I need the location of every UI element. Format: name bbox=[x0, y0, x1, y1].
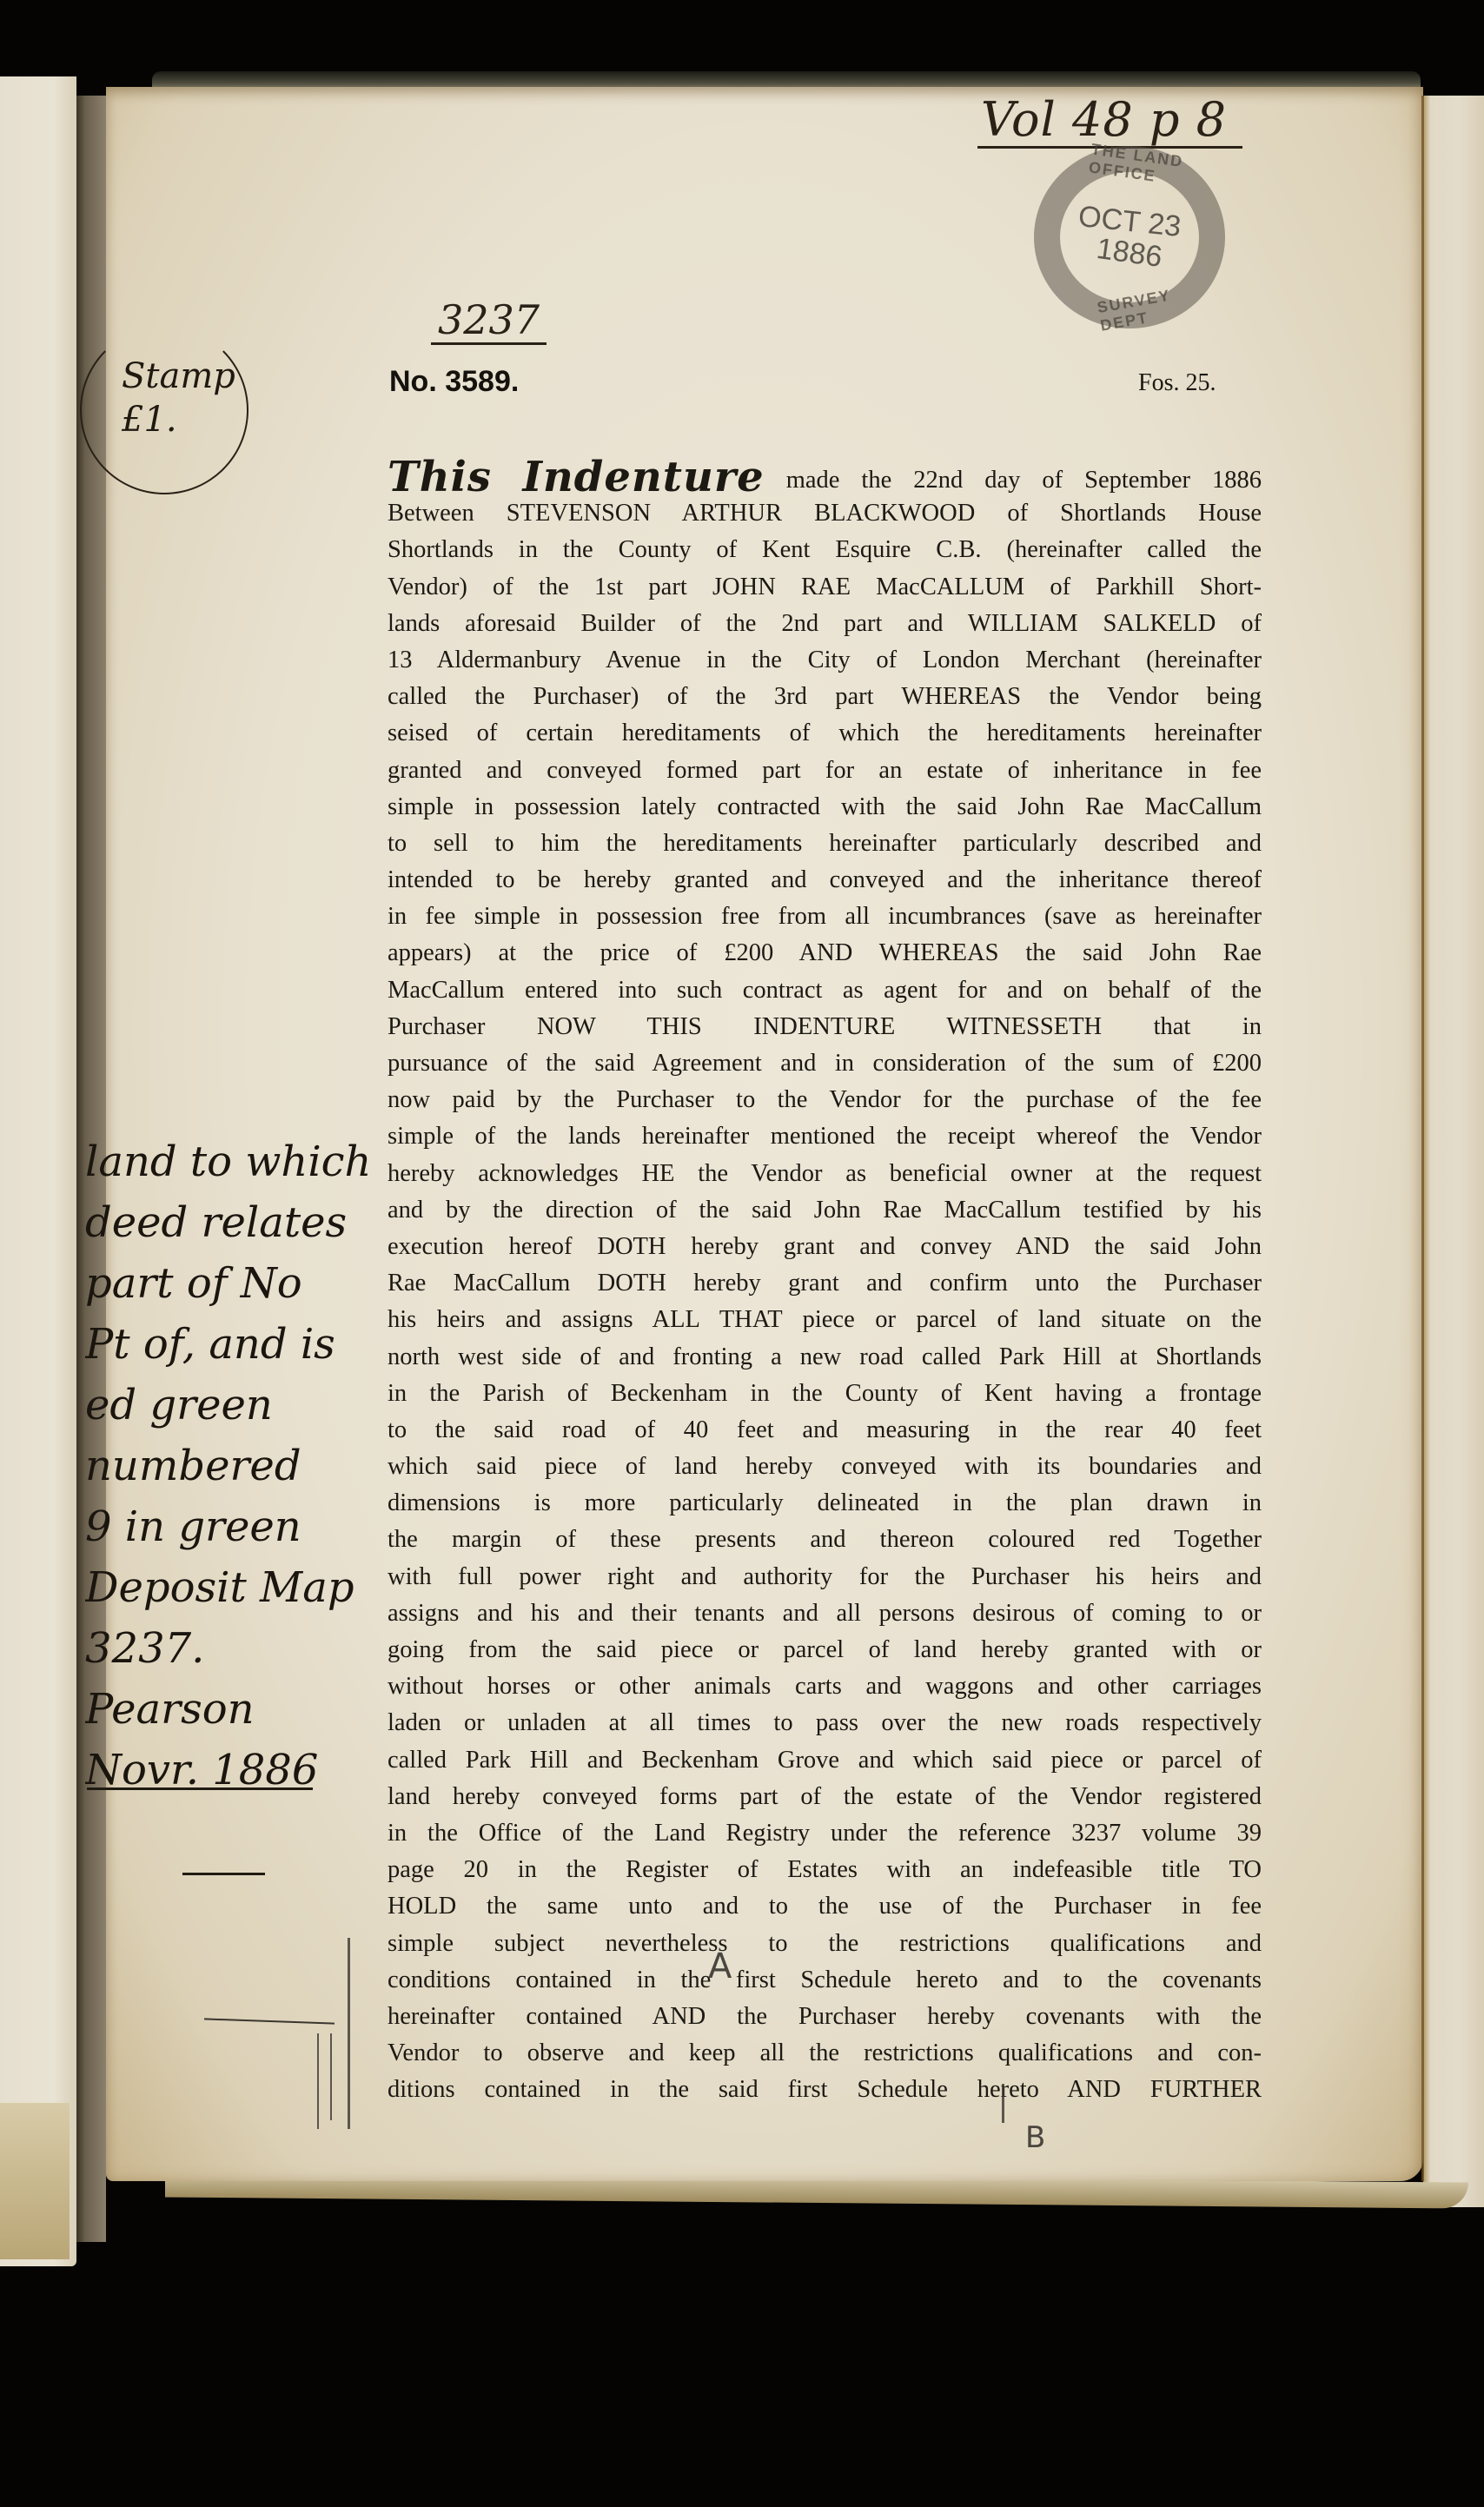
body-line: intended to be hereby granted and convey… bbox=[388, 862, 1262, 899]
folio-count: Fos. 25. bbox=[1138, 369, 1216, 397]
body-line: in the Office of the Land Registry under… bbox=[388, 1815, 1262, 1852]
margin-line: 9 in green bbox=[85, 1496, 381, 1557]
body-line: laden or unladen at all times to pass ov… bbox=[388, 1705, 1262, 1741]
body-line: Vendor to observe and keep all the restr… bbox=[388, 2035, 1262, 2072]
body-line: 13 Aldermanbury Avenue in the City of Lo… bbox=[388, 642, 1262, 679]
body-line: hereby acknowledges HE the Vendor as ben… bbox=[388, 1156, 1262, 1192]
margin-signature: Pearson bbox=[85, 1679, 381, 1740]
margin-line: land to which bbox=[85, 1131, 381, 1192]
pencil-margin-line bbox=[330, 2033, 332, 2120]
closing-rule bbox=[182, 1873, 265, 1875]
body-line-last: ditions contained in the said first Sche… bbox=[388, 2072, 1262, 2108]
body-line: land hereby conveyed forms part of the e… bbox=[388, 1779, 1262, 1815]
handwritten-volume-reference: Vol 48 p 8 bbox=[977, 94, 1242, 149]
land-office-date-stamp: THE LAND OFFICE OCT 23 1886 SURVEY DEPT bbox=[1034, 146, 1225, 328]
margin-annotation: land to which deed relates part of No Pt… bbox=[85, 1131, 381, 1801]
adjacent-left-page-edge bbox=[0, 2103, 70, 2259]
body-line: Rae MacCallum DOTH hereby grant and conf… bbox=[388, 1265, 1262, 1302]
body-line: lands aforesaid Builder of the 2nd part … bbox=[388, 606, 1262, 642]
body-line: granted and conveyed formed part for an … bbox=[388, 753, 1262, 789]
stamp-duty-note: Stamp £1. bbox=[122, 355, 235, 441]
margin-date: Novr. 1886 bbox=[85, 1740, 381, 1801]
stamp-duty-label: Stamp bbox=[122, 355, 235, 398]
body-line: Purchaser NOW THIS INDENTURE WITNESSETH … bbox=[388, 1009, 1262, 1045]
pencil-margin-line bbox=[348, 1938, 350, 2129]
body-line: page 20 in the Register of Estates with … bbox=[388, 1852, 1262, 1888]
body-line: appears) at the price of £200 AND WHEREA… bbox=[388, 935, 1262, 972]
pencil-bracket bbox=[1002, 2084, 1004, 2123]
body-line: Vendor) of the 1st part JOHN RAE MacCALL… bbox=[388, 569, 1262, 606]
body-line: Between STEVENSON ARTHUR BLACKWOOD of Sh… bbox=[388, 495, 1262, 532]
body-line: HOLD the same unto and to the use of the… bbox=[388, 1888, 1262, 1925]
body-line: called Park Hill and Beckenham Grove and… bbox=[388, 1742, 1262, 1779]
body-line: Shortlands in the County of Kent Esquire… bbox=[388, 532, 1262, 568]
body-line: pursuance of the said Agreement and in c… bbox=[388, 1045, 1262, 1082]
body-line: now paid by the Purchaser to the Vendor … bbox=[388, 1082, 1262, 1118]
margin-line: ed green bbox=[85, 1375, 381, 1436]
body-line: seised of certain hereditaments of which… bbox=[388, 715, 1262, 752]
margin-line: Pt of, and is bbox=[85, 1314, 381, 1375]
stamp-duty-amount: £1. bbox=[122, 398, 235, 441]
margin-line: Deposit Map bbox=[85, 1557, 381, 1618]
body-line: simple subject nevertheless to the restr… bbox=[388, 1926, 1262, 1962]
margin-line: 3237. bbox=[85, 1618, 381, 1679]
deed-body: This Indenture made the 22nd day of Sept… bbox=[388, 459, 1262, 2108]
indenture-title: This Indenture bbox=[388, 453, 765, 501]
body-line: his heirs and assigns ALL THAT piece or … bbox=[388, 1302, 1262, 1338]
body-line: dimensions is more particularly delineat… bbox=[388, 1485, 1262, 1522]
body-line: called the Purchaser) of the 3rd part WH… bbox=[388, 679, 1262, 715]
body-line: hereinafter contained AND the Purchaser … bbox=[388, 1999, 1262, 2035]
body-line: execution hereof DOTH hereby grant and c… bbox=[388, 1229, 1262, 1265]
body-line-first: This Indenture made the 22nd day of Sept… bbox=[388, 459, 1262, 495]
printed-document-number: No. 3589. bbox=[389, 365, 519, 399]
pencil-insertion-mark-a: A bbox=[708, 1947, 732, 1986]
next-page-edge bbox=[1423, 96, 1484, 2207]
body-line: simple in possession lately contracted w… bbox=[388, 789, 1262, 826]
page-right-stain-line bbox=[1421, 96, 1424, 2181]
stamp-year: 1886 bbox=[1095, 233, 1164, 273]
body-line: which said piece of land hereby conveyed… bbox=[388, 1449, 1262, 1485]
body-line: in fee simple in possession free from al… bbox=[388, 899, 1262, 935]
body-line: conditions contained in the first Schedu… bbox=[388, 1962, 1262, 1999]
body-line: to the said road of 40 feet and measurin… bbox=[388, 1412, 1262, 1449]
margin-line: numbered bbox=[85, 1436, 381, 1496]
body-line: going from the said piece or parcel of l… bbox=[388, 1632, 1262, 1668]
body-line: the margin of these presents and thereon… bbox=[388, 1522, 1262, 1558]
body-line: assigns and his and their tenants and al… bbox=[388, 1595, 1262, 1632]
body-line: without horses or other animals carts an… bbox=[388, 1668, 1262, 1705]
body-line: to sell to him the hereditaments hereina… bbox=[388, 826, 1262, 862]
body-line: and by the direction of the said John Ra… bbox=[388, 1192, 1262, 1229]
body-line: with full power right and authority for … bbox=[388, 1559, 1262, 1595]
handwritten-document-number: 3237 bbox=[431, 297, 547, 345]
body-line: simple of the lands hereinafter mentione… bbox=[388, 1118, 1262, 1155]
body-line: in the Parish of Beckenham in the County… bbox=[388, 1376, 1262, 1412]
margin-line: part of No bbox=[85, 1253, 381, 1314]
body-line: MacCallum entered into such contract as … bbox=[388, 972, 1262, 1009]
signature-underline bbox=[87, 1787, 313, 1790]
pencil-margin-line bbox=[317, 2033, 319, 2129]
adjacent-left-page bbox=[0, 76, 76, 2266]
margin-line: deed relates bbox=[85, 1192, 381, 1253]
body-line: north west side of and fronting a new ro… bbox=[388, 1339, 1262, 1376]
pencil-bracket-label-b: B bbox=[1025, 2120, 1045, 2155]
